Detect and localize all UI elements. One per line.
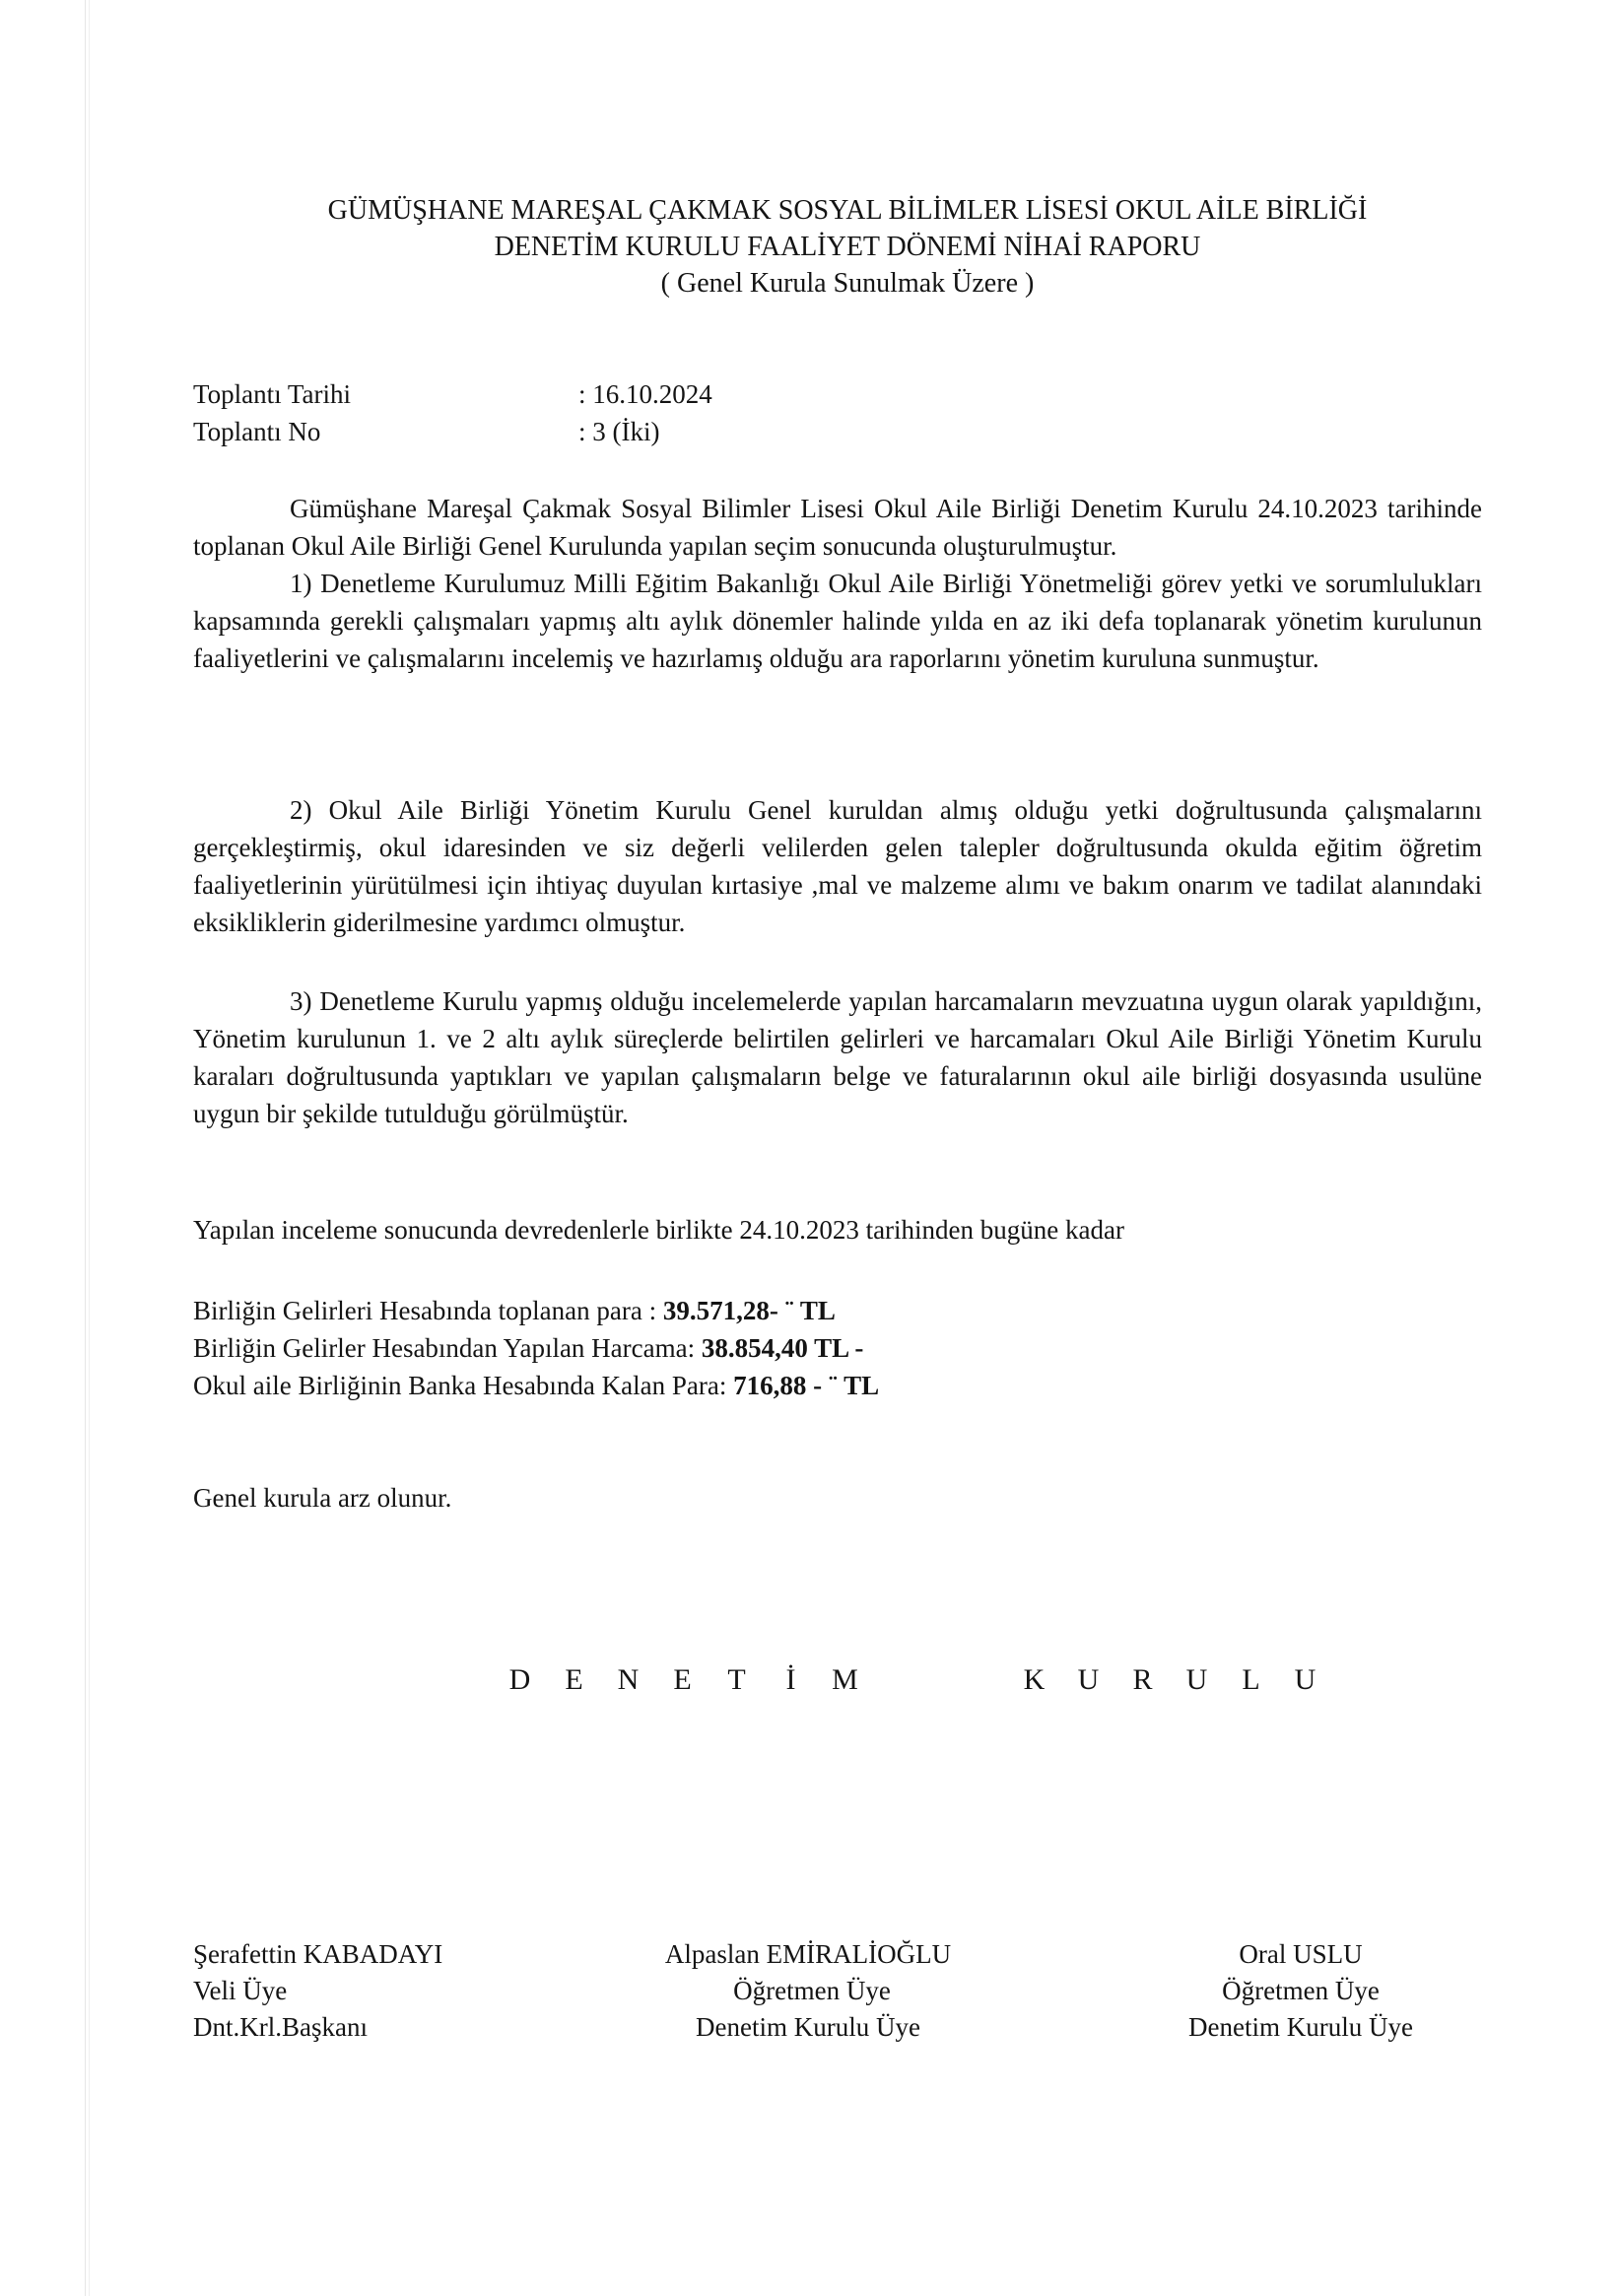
summary-line: Yapılan inceleme sonucunda devredenlerle…	[193, 1211, 1124, 1249]
expense-value: 38.854,40 TL -	[702, 1333, 864, 1363]
committee-title-letter: R	[1115, 1663, 1170, 1697]
signatory-3-role: Öğretmen Üye	[1104, 1973, 1498, 2009]
signatory-3-name: Oral USLU	[1104, 1936, 1498, 1973]
meeting-no-label: Toplantı No	[193, 413, 320, 450]
signatory-1-title: Dnt.Krl.Başkanı	[193, 2009, 442, 2046]
signatory-1-role: Veli Üye	[193, 1973, 442, 2009]
committee-title-letter: E	[547, 1663, 601, 1697]
body-text: Gümüşhane Mareşal Çakmak Sosyal Bilimler…	[193, 490, 1482, 677]
scan-artifact-line	[85, 0, 86, 2296]
meeting-date-label: Toplantı Tarihi	[193, 375, 351, 413]
item-2-block: 2) Okul Aile Birliği Yönetim Kurulu Gene…	[193, 791, 1482, 941]
income-label: Birliğin Gelirleri Hesabında toplanan pa…	[193, 1296, 663, 1325]
committee-title-letter: D	[493, 1663, 547, 1697]
item-3-block: 3) Denetleme Kurulu yapmış olduğu incele…	[193, 982, 1482, 1132]
item-3-paragraph: 3) Denetleme Kurulu yapmış olduğu incele…	[193, 982, 1482, 1132]
signatory-1-name: Şerafettin KABADAYI	[193, 1936, 442, 1973]
committee-title-letter: N	[601, 1663, 655, 1697]
item-1-paragraph: 1) Denetleme Kurulumuz Milli Eğitim Baka…	[193, 565, 1482, 677]
signatory-2-name: Alpaslan EMİRALİOĞLU	[611, 1936, 1005, 1973]
document-title-line-1: GÜMÜŞHANE MAREŞAL ÇAKMAK SOSYAL BİLİMLER…	[0, 192, 1620, 229]
committee-title-2: KURULU	[1007, 1663, 1332, 1697]
signatory-3: Oral USLU Öğretmen Üye Denetim Kurulu Üy…	[1104, 1936, 1498, 2046]
document-subtitle: ( Genel Kurula Sunulmak Üzere )	[0, 265, 1620, 302]
expense-line: Birliğin Gelirler Hesabından Yapılan Har…	[193, 1329, 863, 1367]
closing-line: Genel kurula arz olunur.	[193, 1479, 451, 1517]
committee-title-letter: U	[1170, 1663, 1224, 1697]
committee-title-letter: T	[709, 1663, 764, 1697]
income-value: 39.571,28- ¨ TL	[663, 1296, 836, 1325]
item-2-paragraph: 2) Okul Aile Birliği Yönetim Kurulu Gene…	[193, 791, 1482, 941]
signatory-3-title: Denetim Kurulu Üye	[1104, 2009, 1498, 2046]
scan-artifact-line	[89, 0, 90, 2296]
balance-line: Okul aile Birliğinin Banka Hesabında Kal…	[193, 1367, 879, 1404]
balance-value: 716,88 - ¨ TL	[733, 1371, 879, 1400]
income-line: Birliğin Gelirleri Hesabında toplanan pa…	[193, 1292, 836, 1329]
committee-title: DENETİM	[493, 1663, 872, 1697]
expense-label: Birliğin Gelirler Hesabından Yapılan Har…	[193, 1333, 702, 1363]
document-title-line-2: DENETİM KURULU FAALİYET DÖNEMİ NİHAİ RAP…	[0, 229, 1620, 265]
intro-paragraph: Gümüşhane Mareşal Çakmak Sosyal Bilimler…	[193, 490, 1482, 565]
signatory-2: Alpaslan EMİRALİOĞLU Öğretmen Üye Deneti…	[611, 1936, 1005, 2046]
signatory-2-role: Öğretmen Üye	[611, 1973, 1005, 2009]
committee-title-letter: M	[818, 1663, 872, 1697]
committee-title-letter: E	[655, 1663, 709, 1697]
meeting-no-value: : 3 (İki)	[578, 413, 659, 450]
committee-title-letter: U	[1061, 1663, 1115, 1697]
committee-title-letter: İ	[764, 1663, 818, 1697]
signatory-2-title: Denetim Kurulu Üye	[611, 2009, 1005, 2046]
committee-title-letter: U	[1278, 1663, 1332, 1697]
committee-title-letter: K	[1007, 1663, 1061, 1697]
committee-title-letter: L	[1224, 1663, 1278, 1697]
balance-label: Okul aile Birliğinin Banka Hesabında Kal…	[193, 1371, 733, 1400]
signatory-1: Şerafettin KABADAYI Veli Üye Dnt.Krl.Baş…	[193, 1936, 442, 2046]
meeting-date-value: : 16.10.2024	[578, 375, 712, 413]
